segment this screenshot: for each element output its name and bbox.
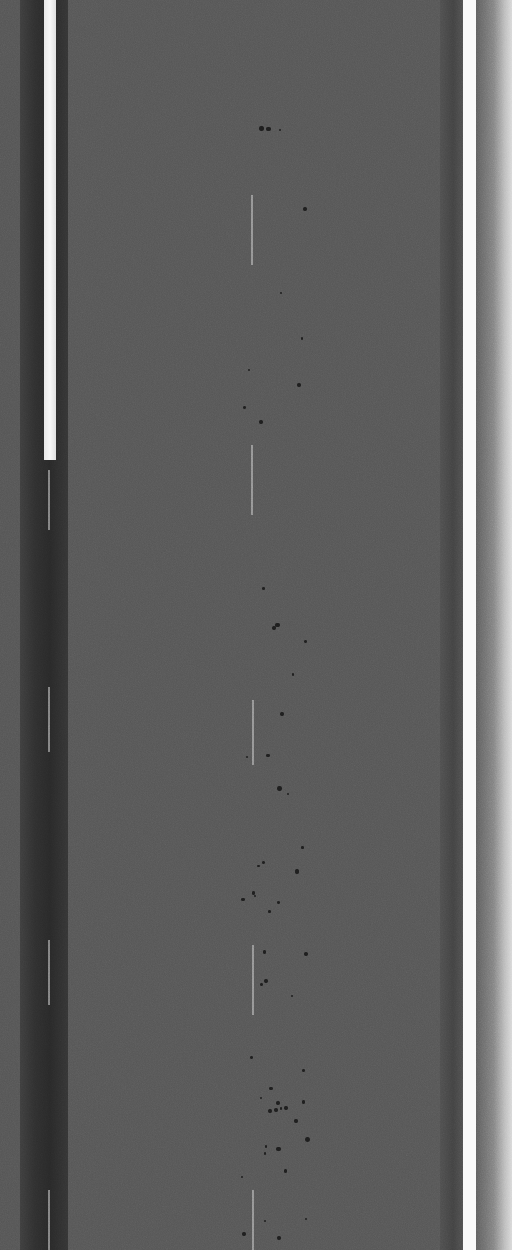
oil-spot: [302, 1100, 305, 1103]
center-dash-mark: [252, 1190, 254, 1250]
oil-spot: [250, 1056, 253, 1059]
oil-spot: [284, 1169, 287, 1172]
oil-spot: [263, 950, 266, 953]
oil-spot: [260, 1097, 262, 1099]
oil-spot: [241, 898, 244, 901]
left-dash-mark: [48, 940, 50, 1005]
center-dash-mark: [252, 700, 254, 765]
oil-spot: [295, 869, 299, 873]
oil-spot: [242, 1232, 246, 1236]
oil-spot: [276, 1101, 280, 1105]
oil-spot: [280, 1107, 283, 1110]
oil-spot: [304, 640, 307, 643]
left-dash-mark: [48, 1190, 50, 1250]
oil-spot: [259, 126, 263, 130]
oil-spot: [243, 406, 246, 409]
oil-spot: [252, 891, 255, 894]
oil-spot: [262, 861, 265, 864]
oil-spot: [303, 207, 307, 211]
left-white-solid-line: [44, 0, 56, 460]
center-dash-mark: [251, 445, 253, 515]
center-dash-mark: [252, 945, 254, 1015]
left-dash-mark: [48, 687, 50, 752]
oil-spot: [297, 383, 301, 387]
oil-spot: [265, 1145, 267, 1147]
center-dash-mark: [251, 195, 253, 265]
asphalt-lane: [68, 0, 452, 1250]
oil-spot: [264, 1152, 266, 1154]
left-dash-mark: [48, 470, 50, 530]
right-verge: [476, 0, 512, 1250]
right-edge-strip: [440, 0, 462, 1250]
oil-spot: [276, 1147, 280, 1151]
oil-spot: [262, 587, 265, 590]
oil-spot: [301, 337, 304, 340]
oil-spot: [277, 901, 280, 904]
right-white-edge-line: [463, 0, 476, 1250]
oil-spot: [275, 623, 280, 628]
oil-spot: [254, 895, 256, 897]
oil-spot: [260, 983, 263, 986]
oil-spot: [274, 1108, 278, 1112]
oil-spot: [268, 910, 271, 913]
oil-spot: [301, 846, 304, 849]
oil-spot: [280, 712, 284, 716]
road-aerial-image: [0, 0, 512, 1250]
oil-spot: [241, 1176, 243, 1178]
oil-spot: [294, 1119, 298, 1123]
oil-spot: [277, 786, 282, 791]
